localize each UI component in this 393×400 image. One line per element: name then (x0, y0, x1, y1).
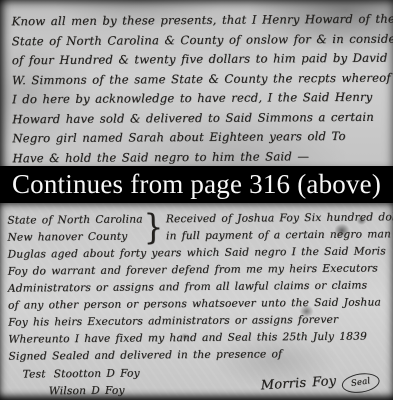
scanned-document-page: Know all men by these presents, that I H… (0, 0, 393, 400)
signature-area: Test Stootton D Foy Wilson D Foy Morris … (9, 363, 390, 400)
manuscript-line: Howard have sold & delivered to Said Sim… (12, 107, 389, 129)
receipt-header: State of North Carolina New hanover Coun… (7, 209, 388, 246)
manuscript-line: Signed Sealed and delivered in the prese… (8, 345, 389, 365)
seal-flourish: Seal (341, 370, 381, 394)
manuscript-line: I do here by acknowledge to have recd, I… (12, 88, 389, 110)
manuscript-line: Received of Joshua Foy Six hundred dolla… (166, 209, 393, 228)
manuscript-line: Negro girl named Sarah about Eighteen ye… (12, 127, 389, 149)
witness-block: Test Stootton D Foy Wilson D Foy (9, 365, 140, 400)
signature-block: Morris Foy Seal (261, 367, 390, 398)
continuation-banner-text: Continues from page 316 (above) (12, 169, 381, 200)
top-manuscript: Know all men by these presents, that I H… (0, 0, 393, 166)
manuscript-line: State of North Carolina (7, 211, 143, 229)
signer-name: Morris Foy (261, 372, 337, 394)
top-manuscript-text: Know all men by these presents, that I H… (0, 0, 393, 168)
receipt-header-body: Received of Joshua Foy Six hundred dolla… (166, 209, 393, 245)
manuscript-line: Whereunto I have fixed my hand and Seal … (8, 328, 389, 348)
manuscript-line: W. Simmons of the same State & County th… (12, 68, 389, 90)
manuscript-line: of four Hundred & twenty five dollars to… (12, 49, 389, 71)
manuscript-line: Have & hold the Said negro to him the Sa… (12, 146, 389, 168)
brace-glyph: } (143, 211, 166, 246)
receipt-header-place: State of North Carolina New hanover Coun… (7, 211, 143, 246)
bottom-manuscript-text: State of North Carolina New hanover Coun… (0, 201, 393, 400)
bottom-manuscript: State of North Carolina New hanover Coun… (0, 203, 393, 400)
continuation-banner: Continues from page 316 (above) (0, 166, 393, 203)
witness-name: Wilson D Foy (49, 385, 125, 398)
manuscript-line: Know all men by these presents, that I H… (11, 10, 388, 32)
test-label: Test (23, 366, 46, 383)
manuscript-line: in full payment of a certain negro man n… (166, 226, 393, 245)
manuscript-line: New hanover County (7, 228, 143, 246)
manuscript-line: State of North Carolina & County of onsl… (12, 29, 389, 51)
witness-name: Stootton D Foy (54, 365, 140, 383)
